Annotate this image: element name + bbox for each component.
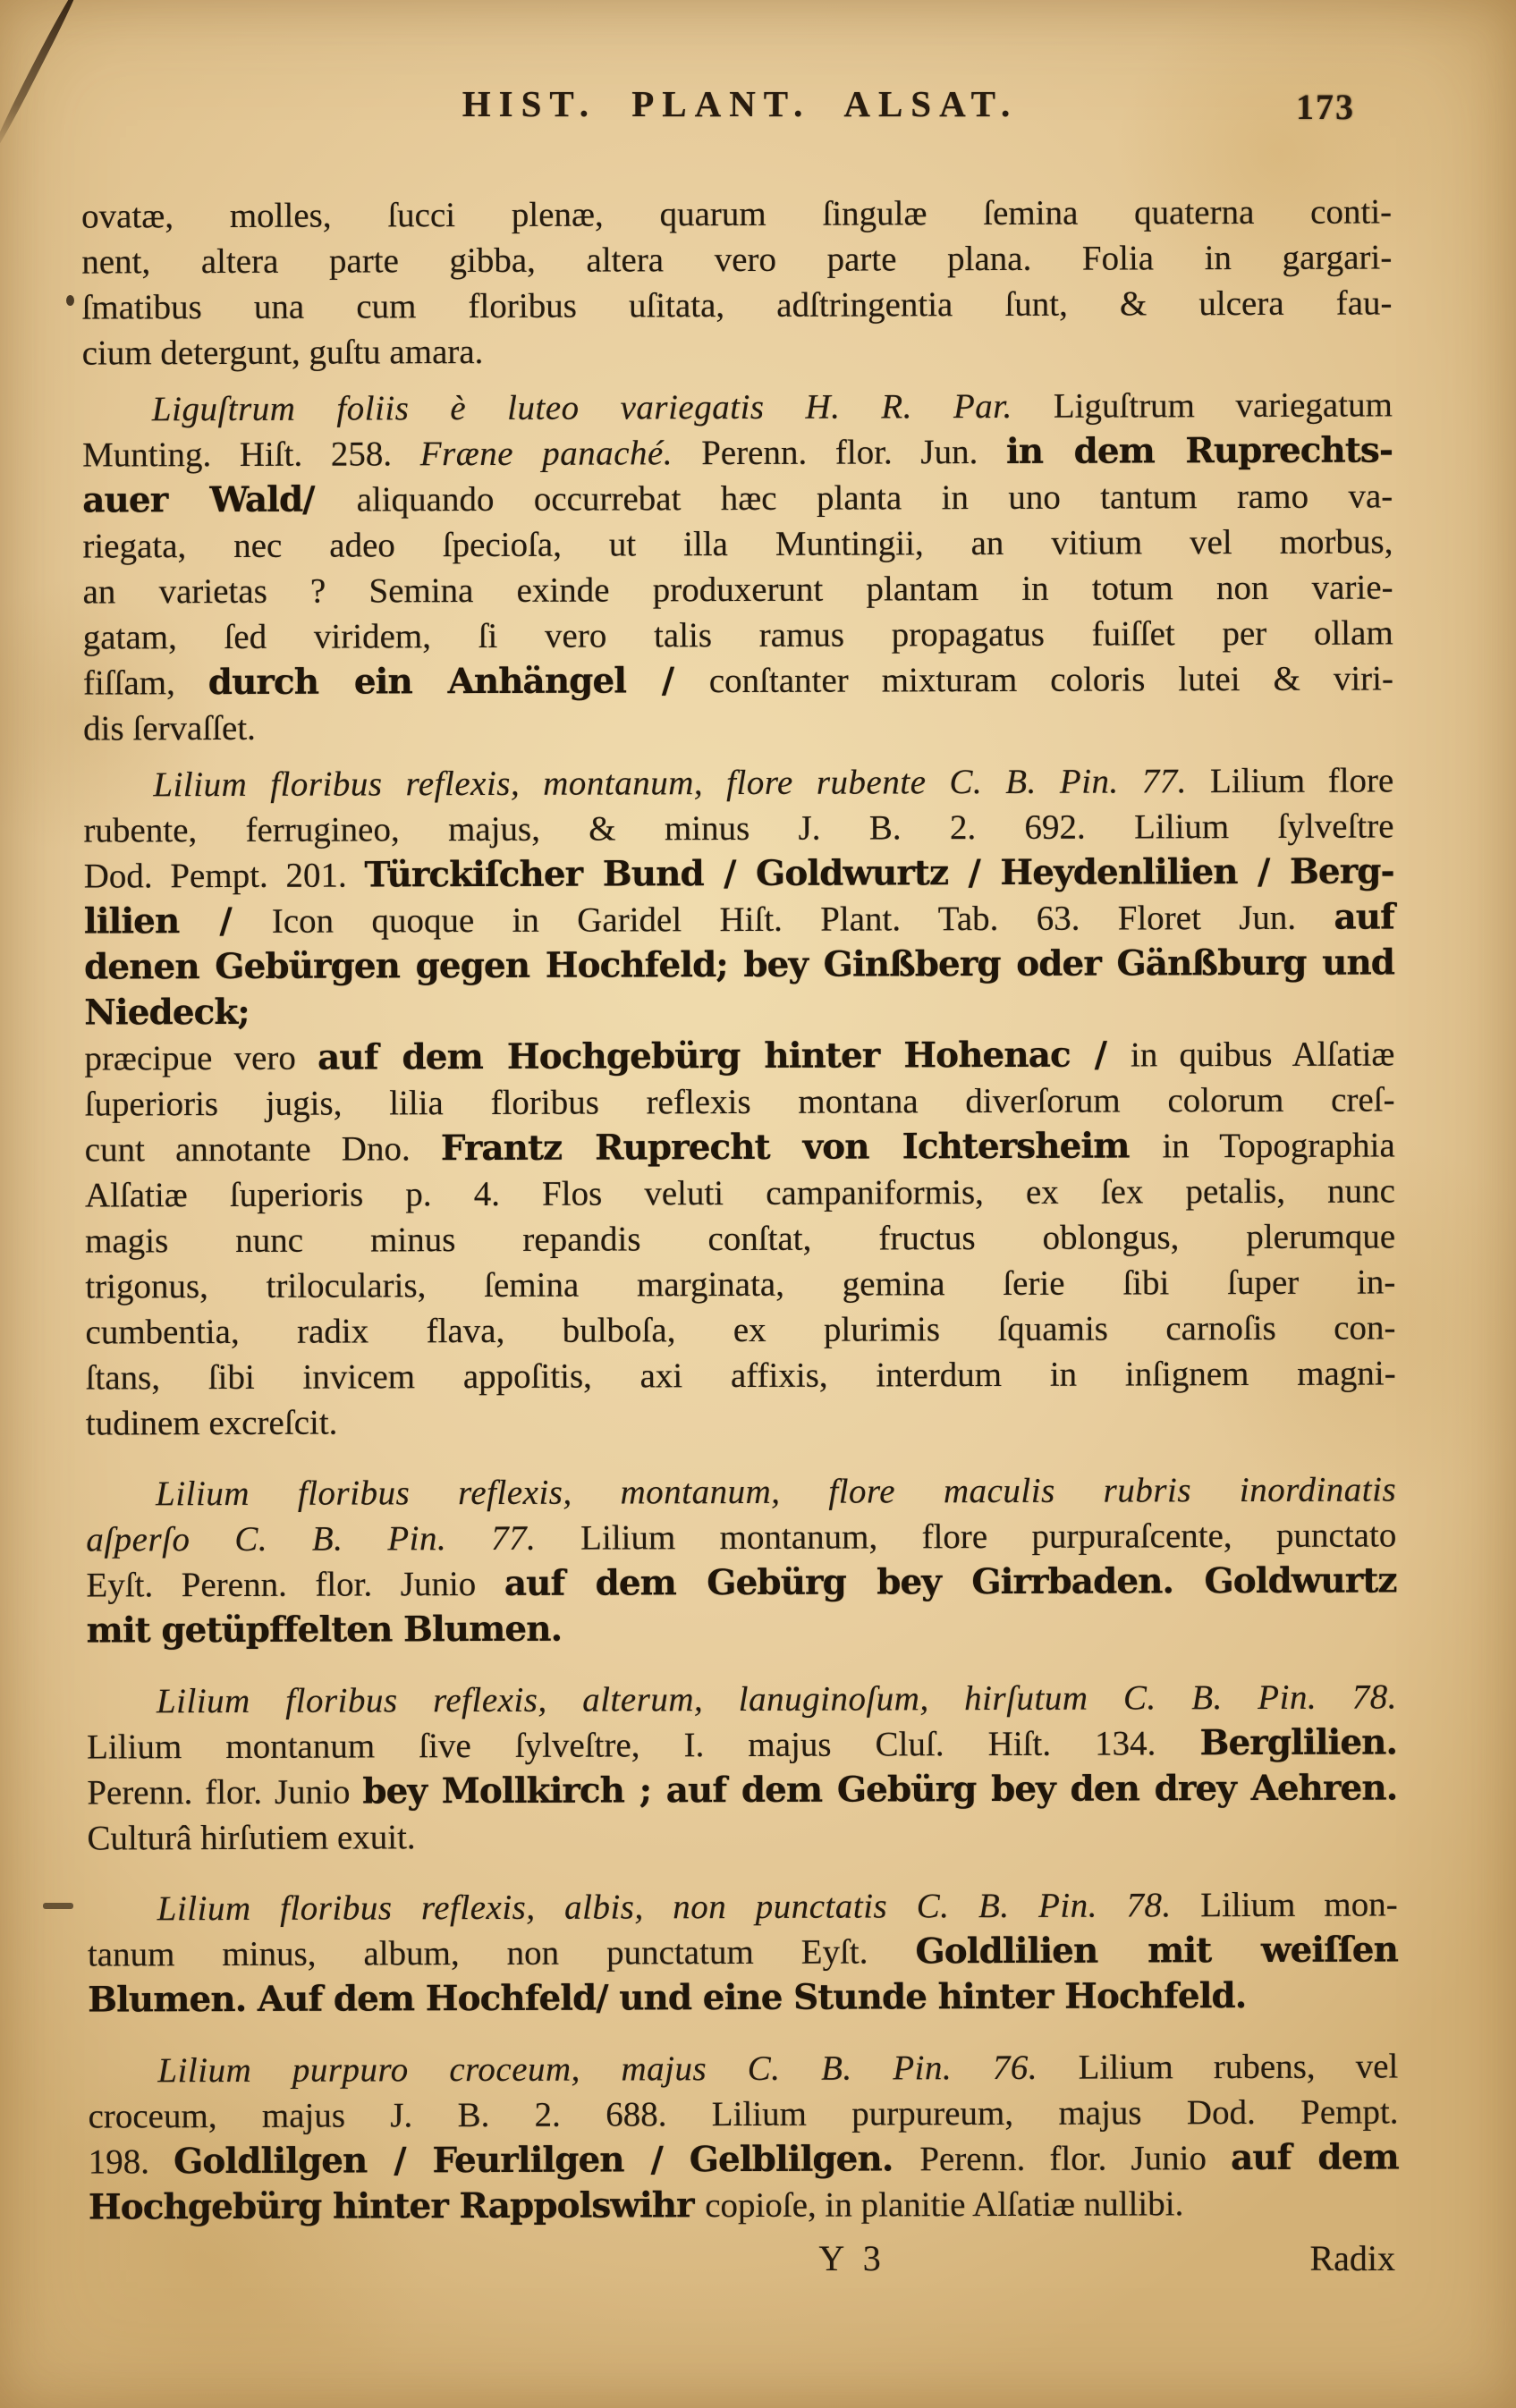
text-segment-roman: 198.: [89, 2142, 174, 2181]
text-line: ſtans, ſibi invicem appoſitis, axi affix…: [86, 1350, 1396, 1400]
text-segment-roman: ovatæ, molles, ſucci plenæ, quarum ſingu…: [81, 192, 1392, 235]
text-segment-roman: Lilium montanum ſive ſylveſtre, I. majus…: [87, 1724, 1200, 1766]
text-segment-italic: Lilium floribus reflexis, montanum, flor…: [153, 762, 1210, 804]
text-line: rubente, ferrugineo, majus, & minus J. B…: [83, 803, 1393, 853]
text-segment-roman: cumbentia, radix flava, bulboſa, ex plur…: [85, 1308, 1395, 1351]
paragraph: Lilium purpuro croceum, majus C. B. Pin.…: [88, 2043, 1399, 2230]
text-segment-roman: Perenn. flor. Jun.: [701, 433, 1006, 472]
text-segment-fraktur: in dem Ruprechts-: [1006, 429, 1393, 472]
text-line: ovatæ, molles, ſucci plenæ, quarum ſingu…: [81, 189, 1392, 239]
ink-mark: [0, 0, 80, 156]
text-line: Culturâ hirſutiem exuit.: [87, 1811, 1397, 1861]
text-segment-italic: Lilium floribus reflexis, albis, non pun…: [157, 1886, 1201, 1928]
text-segment-fraktur: Türckiſcher Bund / Goldwurtz / Heydenlil…: [364, 850, 1393, 895]
text-line: an varietas ? Semina exinde produxerunt …: [82, 564, 1393, 614]
text-segment-roman: Perenn. flor. Junio: [87, 1772, 362, 1812]
text-segment-roman: Eyſt. Perenn. flor. Junio: [86, 1565, 504, 1605]
paragraph: Lilium floribus reflexis, albis, non pun…: [88, 1881, 1399, 2023]
text-segment-roman: Liguſtrum variegatum: [1054, 385, 1393, 425]
text-line: aſperſo C. B. Pin. 77. Lilium montanum, …: [86, 1512, 1396, 1562]
text-line: Liguſtrum foliis è luteo variegatis H. R…: [82, 382, 1393, 432]
text-segment-roman: cium detergunt, guſtu amara.: [82, 333, 484, 373]
running-title: HIST. PLANT. ALSAT.: [85, 82, 1395, 125]
text-line: Lilium floribus reflexis, montanum, flor…: [83, 757, 1393, 807]
margin-mark: [43, 1903, 73, 1909]
text-line: dis ſervaſſet.: [83, 701, 1393, 751]
text-segment-roman: ſuperioris jugis, lilia floribus reflexi…: [85, 1080, 1395, 1123]
text-line: croceum, majus J. B. 2. 688. Lilium purp…: [88, 2089, 1398, 2139]
text-segment-roman: tanum minus, album, non punctatum Eyſt.: [88, 1932, 916, 1973]
text-segment-roman: aliquando occurrebat hæc planta in uno t…: [357, 477, 1393, 519]
book-page: HIST. PLANT. ALSAT. 173 ovatæ, molles, ſ…: [0, 0, 1516, 2408]
text-line: Lilium floribus reflexis, albis, non pun…: [88, 1881, 1398, 1931]
text-segment-roman: conſtanter mixturam coloris lutei & viri…: [709, 659, 1393, 700]
text-segment-fraktur: durch ein Anhängel /: [208, 660, 709, 703]
paragraph: Lilium floribus reflexis, alterum, lanug…: [87, 1674, 1398, 1861]
text-segment-roman: gatam, ſed viridem, ſi vero talis ramus …: [83, 613, 1393, 656]
text-line: Blumen. Auf dem Hochfeld/ und eine Stund…: [88, 1973, 1398, 2023]
text-line: præcipue vero auf dem Hochgebürg hinter …: [84, 1031, 1394, 1081]
text-segment-roman: Icon quoque in Garidel Hiſt. Plant. Tab.…: [272, 899, 1334, 941]
text-segment-italic: Lilium floribus reflexis, montanum, flor…: [156, 1470, 1396, 1513]
text-segment-roman: trigonus, trilocularis, ſemina marginata…: [85, 1263, 1395, 1305]
text-segment-fraktur: Goldlilien mit weiſſen: [915, 1929, 1398, 1972]
text-segment-roman: dis ſervaſſet.: [83, 709, 256, 748]
text-block: ovatæ, molles, ſucci plenæ, quarum ſingu…: [81, 189, 1399, 2230]
text-segment-roman: Lilium montanum, flore purpuraſcente, pu…: [580, 1516, 1396, 1557]
text-segment-roman: præcipue vero: [84, 1039, 318, 1078]
text-line: gatam, ſed viridem, ſi vero talis ramus …: [83, 610, 1393, 660]
text-segment-italic: Fræne panaché.: [420, 434, 702, 473]
text-line: ſmatibus una cum floribus uſitata, adſtr…: [81, 280, 1392, 330]
text-line: cium detergunt, guſtu amara.: [82, 325, 1393, 376]
text-line: Eyſt. Perenn. flor. Junio auf dem Gebürg…: [86, 1558, 1396, 1608]
paragraph: Lilium floribus reflexis, montanum, flor…: [86, 1466, 1397, 1653]
text-segment-fraktur: mit getüpffelten Blumen.: [87, 1609, 563, 1652]
text-segment-roman: ſtans, ſibi invicem appoſitis, axi affix…: [86, 1354, 1396, 1397]
text-segment-fraktur: auf dem: [1231, 2136, 1399, 2178]
page-footer: Y 3 Radix: [85, 2237, 1395, 2291]
text-segment-roman: Lilium mon-: [1200, 1885, 1398, 1924]
text-segment-roman: Alſatiæ ſuperioris p. 4. Flos veluti cam…: [85, 1171, 1395, 1214]
page-number: 173: [1296, 86, 1355, 128]
text-line: riegata, nec adeo ſpecioſa, ut illa Munt…: [82, 519, 1393, 569]
text-line: Lilium floribus reflexis, montanum, flor…: [86, 1466, 1396, 1517]
text-segment-roman: cunt annotante Dno.: [85, 1129, 441, 1169]
text-segment-roman: an varietas ? Semina exinde produxerunt …: [83, 568, 1393, 611]
text-segment-italic: Lilium floribus reflexis, alterum, lanug…: [157, 1677, 1397, 1720]
text-segment-fraktur: auf dem Gebürg bey Girrbaden. Goldwurtz: [504, 1559, 1397, 1603]
text-line: cunt annotante Dno. Frantz Ruprecht von …: [85, 1122, 1395, 1172]
paragraph: ovatæ, molles, ſucci plenæ, quarum ſingu…: [81, 189, 1393, 376]
text-line: tudinem excreſcit.: [86, 1396, 1396, 1446]
text-segment-roman: magis nunc minus repandis conſtat, fruct…: [85, 1217, 1395, 1260]
text-line: trigonus, trilocularis, ſemina marginata…: [85, 1259, 1395, 1309]
text-segment-roman: Culturâ hirſutiem exuit.: [87, 1818, 415, 1857]
text-line: mit getüpffelten Blumen.: [87, 1603, 1397, 1653]
text-line: Lilium purpuro croceum, majus C. B. Pin.…: [88, 2043, 1398, 2093]
text-segment-fraktur: Blumen. Auf dem Hochfeld/ und eine Stund…: [88, 1975, 1246, 2021]
text-line: Alſatiæ ſuperioris p. 4. Flos veluti cam…: [85, 1168, 1395, 1218]
text-line: nent, altera parte gibba, altera vero pa…: [81, 234, 1392, 284]
text-segment-roman: rubente, ferrugineo, majus, & minus J. B…: [83, 807, 1393, 849]
text-segment-roman: Lilium flore: [1210, 761, 1393, 800]
text-segment-fraktur: Frantz Ruprecht von Ichtersheim: [441, 1125, 1163, 1169]
text-segment-roman: in Topographia: [1162, 1126, 1394, 1165]
page-header: HIST. PLANT. ALSAT. 173: [85, 82, 1395, 145]
text-segment-italic: Lilium purpuro croceum, majus C. B. Pin.…: [157, 2049, 1078, 2091]
text-segment-fraktur: Berglilien.: [1199, 1721, 1397, 1763]
text-segment-roman: copioſe, in planitie Alſatiæ nullibi.: [705, 2184, 1183, 2225]
paragraph: Liguſtrum foliis è luteo variegatis H. R…: [82, 382, 1393, 751]
text-segment-italic: Liguſtrum foliis è luteo variegatis H. R…: [152, 387, 1054, 429]
text-line: denen Gebürgen gegen Hochfeld; bey Ginßb…: [84, 940, 1394, 1035]
text-line: auer Wald/ aliquando occurrebat hæc plan…: [82, 473, 1393, 523]
text-segment-fraktur: lilien /: [84, 900, 272, 942]
signature-mark: Y 3: [818, 2237, 885, 2279]
text-segment-fraktur: auf: [1334, 896, 1394, 937]
text-segment-roman: nent, altera parte gibba, altera vero pa…: [81, 238, 1392, 281]
text-line: cumbentia, radix flava, bulboſa, ex plur…: [85, 1305, 1395, 1355]
catchword: Radix: [1309, 2237, 1395, 2279]
text-segment-fraktur: Goldlilgen / Feurlilgen / Gelblilgen.: [174, 2138, 919, 2182]
paragraph: Lilium floribus reflexis, montanum, flor…: [83, 757, 1396, 1446]
text-line: magis nunc minus repandis conſtat, fruct…: [85, 1213, 1395, 1263]
text-segment-roman: in quibus Alſatiæ: [1131, 1035, 1395, 1074]
text-segment-fraktur: Hochgebürg hinter Rappolswihr: [89, 2184, 705, 2227]
text-line: ſuperioris jugis, lilia floribus reflexi…: [84, 1077, 1394, 1127]
text-segment-roman: tudinem excreſcit.: [86, 1404, 338, 1443]
text-line: lilien / Icon quoque in Garidel Hiſt. Pl…: [84, 894, 1394, 944]
text-line: Hochgebürg hinter Rappolswihr copioſe, i…: [89, 2180, 1399, 2230]
text-segment-roman: fiſſam,: [83, 663, 208, 702]
ink-speck: [66, 295, 74, 306]
text-segment-fraktur: bey Mollkirch ; auf dem Gebürg bey den d…: [362, 1767, 1397, 1812]
text-segment-roman: croceum, majus J. B. 2. 688. Lilium purp…: [88, 2092, 1398, 2135]
text-segment-fraktur: denen Gebürgen gegen Hochfeld; bey Ginßb…: [84, 942, 1394, 1033]
text-line: Dod. Pempt. 201. Türckiſcher Bund / Gold…: [84, 849, 1394, 899]
text-line: Perenn. flor. Junio bey Mollkirch ; auf …: [87, 1765, 1397, 1815]
text-segment-roman: Perenn. flor. Junio: [919, 2139, 1231, 2178]
text-segment-roman: ſmatibus una cum floribus uſitata, adſtr…: [81, 283, 1392, 326]
text-line: Lilium montanum ſive ſylveſtre, I. majus…: [87, 1719, 1397, 1770]
text-line: tanum minus, album, non punctatum Eyſt. …: [88, 1927, 1398, 1977]
text-line: Munting. Hiſt. 258. Fræne panaché. Peren…: [82, 427, 1393, 477]
text-segment-italic: aſperſo C. B. Pin. 77.: [86, 1519, 580, 1559]
text-line: fiſſam, durch ein Anhängel / conſtanter …: [83, 655, 1393, 706]
text-line: 198. Goldlilgen / Feurlilgen / Gelblilge…: [89, 2134, 1399, 2184]
text-line: Lilium floribus reflexis, alterum, lanug…: [87, 1674, 1397, 1724]
text-segment-roman: riegata, nec adeo ſpecioſa, ut illa Munt…: [82, 522, 1393, 565]
text-segment-roman: Lilium rubens, vel: [1079, 2047, 1399, 2086]
text-segment-roman: Munting. Hiſt. 258.: [82, 435, 420, 474]
text-segment-fraktur: auf dem Hochgebürg hinter Hohenac /: [318, 1034, 1131, 1077]
text-segment-roman: Dod. Pempt. 201.: [84, 856, 365, 895]
text-segment-fraktur: auer Wald/: [82, 478, 357, 520]
